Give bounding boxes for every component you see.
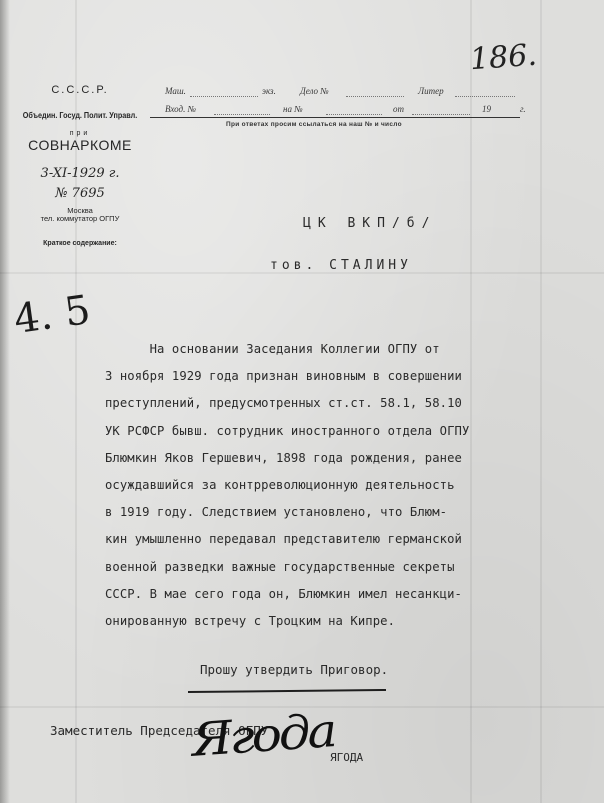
form-dotted-field (455, 96, 515, 97)
paper-crease (540, 0, 542, 803)
paper-crease (470, 0, 472, 803)
addressee-line-2: тов. СТАЛИНУ (270, 258, 412, 273)
form-mash-label: Маш. (165, 86, 186, 96)
form-liter-label: Литер (418, 86, 444, 96)
body-line: УК РСФСР бывш. сотрудник иностранного от… (105, 424, 469, 438)
document-page: С.С.С.Р. Объедин. Госуд. Полит. Управл. … (0, 0, 604, 803)
handwritten-number: 186. (469, 38, 538, 78)
form-reply-note: При ответах просим ссылаться на наш № и … (226, 121, 402, 128)
letterhead-sovnarkom: СОВНАРКОМЕ (0, 137, 160, 153)
form-na-label: на № (283, 104, 303, 114)
form-g-label: г. (520, 104, 526, 114)
body-line: СССР. В мае сего года он, Блюмкин имел н… (105, 587, 462, 601)
form-dotted-field (412, 114, 470, 115)
form-dotted-field (326, 114, 382, 115)
signatory-name: ЯГОДА (330, 751, 363, 764)
paper-crease (75, 0, 77, 803)
form-vkhod-label: Вход. № (165, 104, 196, 114)
form-dotted-field (346, 96, 404, 97)
form-dotted-field (214, 114, 270, 115)
letterhead-date: 3-XI-1929 г. (0, 166, 160, 181)
form-ot-label: от (393, 104, 404, 114)
form-rule (150, 117, 520, 118)
body-line: осуждавшийся за контрреволюционную деяте… (105, 478, 455, 492)
form-dotted-field (190, 96, 258, 97)
handwritten-margin-note: 4. 5 (11, 287, 93, 343)
letterhead-pri: при (0, 130, 160, 137)
form-delo-label: Дело № (300, 86, 329, 96)
form-year-label: 19 (482, 104, 491, 114)
request-line: Прошу утвердить Приговор. (200, 662, 388, 677)
letterhead-country: С.С.С.Р. (0, 84, 160, 96)
request-underline (188, 689, 386, 693)
summary-label: Краткое содержание: (0, 240, 160, 247)
form-ekz-label: экз. (262, 86, 276, 96)
body-line: 3 ноября 1929 года признан виновным в со… (105, 369, 462, 383)
body-line: преступлений, предусмотренных ст.ст. 58.… (105, 396, 462, 410)
body-line: кин умышленно передавал представителю ге… (105, 532, 462, 546)
letterhead-switchboard: тел. коммутатор ОГПУ (0, 214, 160, 223)
body-line: онированную встречу с Троцким на Кипре. (105, 614, 395, 628)
body-line: На основании Заседания Коллегии ОГПУ от (105, 342, 440, 356)
handwritten-signature: Ягода (190, 703, 336, 767)
letterhead-number: № 7695 (0, 186, 160, 201)
body-line: военной разведки важные государственные … (105, 560, 455, 574)
body-line: Блюмкин Яков Гершевич, 1898 года рождени… (105, 451, 462, 465)
scan-edge-shadow (0, 0, 10, 803)
letterhead-agency: Объедин. Госуд. Полит. Управл. (12, 110, 148, 120)
body-line: в 1919 году. Следствием установлено, что… (105, 505, 447, 519)
addressee-line-1: ЦК ВКП/б/ (303, 216, 436, 231)
